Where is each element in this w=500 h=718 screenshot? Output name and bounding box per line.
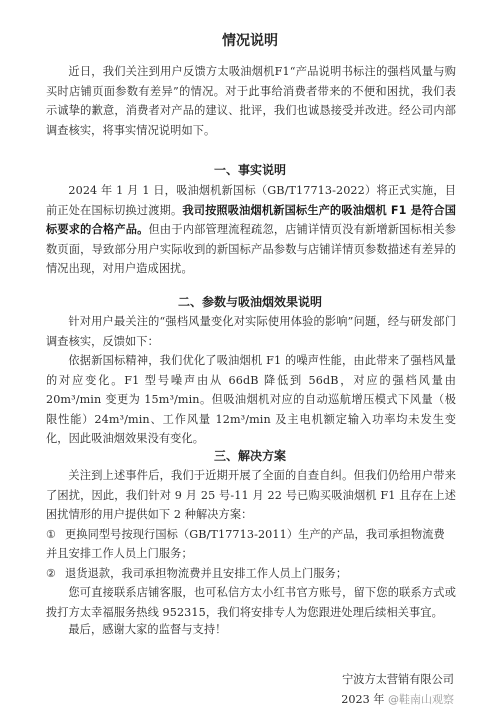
section-heading-facts: 一、事实说明 [0, 161, 500, 178]
intro-block: 近日，我们关注到用户反馈方太吸油烟机F1“产品说明书标注的强档风量与购买时店铺页… [46, 62, 456, 140]
watermark: @鞋南山观察 [388, 690, 454, 710]
solutions-block: 关注到上述事件后，我们于近期开展了全面的自查自纠。但我们仍给用户带来了困扰，因此… [46, 466, 456, 622]
facts-block: 2024 年 1 月 1 日，吸油烟机新国标（GB/T17713-2022）将正… [46, 181, 456, 279]
signature-block: 宁波方太营销有限公司 2023 年 @鞋南山观察 [341, 670, 454, 709]
facts-paragraph: 2024 年 1 月 1 日，吸油烟机新国标（GB/T17713-2022）将正… [46, 181, 456, 279]
section-heading-parameters: 二、参数与吸油烟效果说明 [0, 293, 500, 310]
parameters-block: 针对用户最关注的“强档风量变化对实际使用体验的影响”问题，经与研发部门调查核实，… [46, 312, 456, 449]
item-number: ① [46, 525, 65, 545]
company-name: 宁波方太营销有限公司 [341, 670, 454, 690]
signature-date-line: 2023 年 @鞋南山观察 [341, 690, 454, 710]
solution-item-1: ①更换同型号按现行国标（GB/T17713-2011）生产的产品，我司承担物流费… [46, 525, 456, 564]
parameters-paragraph-2: 依据新国标精神，我们优化了吸油烟机 F1 的噪声性能，由此带来了强档风量的对应变… [46, 351, 456, 449]
document-title: 情况说明 [0, 30, 500, 50]
section-heading-solutions: 三、解决方案 [0, 447, 500, 464]
solution-item-2: ②退货退款，我司承担物流费并且安排工作人员上门服务； [46, 564, 456, 584]
item-text: 更换同型号按现行国标（GB/T17713-2011）生产的产品，我司承担物流费并… [46, 528, 445, 561]
solutions-paragraph-2: 您可直接联系店铺客服，也可私信方太小红书官方账号，留下您的联系方式或拨打方太幸福… [46, 583, 456, 622]
signature-date: 2023 年 [341, 693, 384, 706]
intro-paragraph: 近日，我们关注到用户反馈方太吸油烟机F1“产品说明书标注的强档风量与购买时店铺页… [46, 62, 456, 140]
item-number: ② [46, 564, 65, 584]
parameters-paragraph-1: 针对用户最关注的“强档风量变化对实际使用体验的影响”问题，经与研发部门调查核实，… [46, 312, 456, 351]
document-page: 情况说明 近日，我们关注到用户反馈方太吸油烟机F1“产品说明书标注的强档风量与购… [0, 0, 500, 718]
item-text: 退货退款，我司承担物流费并且安排工作人员上门服务； [65, 567, 347, 580]
closing-block: 最后，感谢大家的监督与支持！ [46, 620, 456, 640]
solutions-paragraph-1: 关注到上述事件后，我们于近期开展了全面的自查自纠。但我们仍给用户带来了困扰，因此… [46, 466, 456, 525]
closing-text: 最后，感谢大家的监督与支持！ [46, 620, 456, 640]
